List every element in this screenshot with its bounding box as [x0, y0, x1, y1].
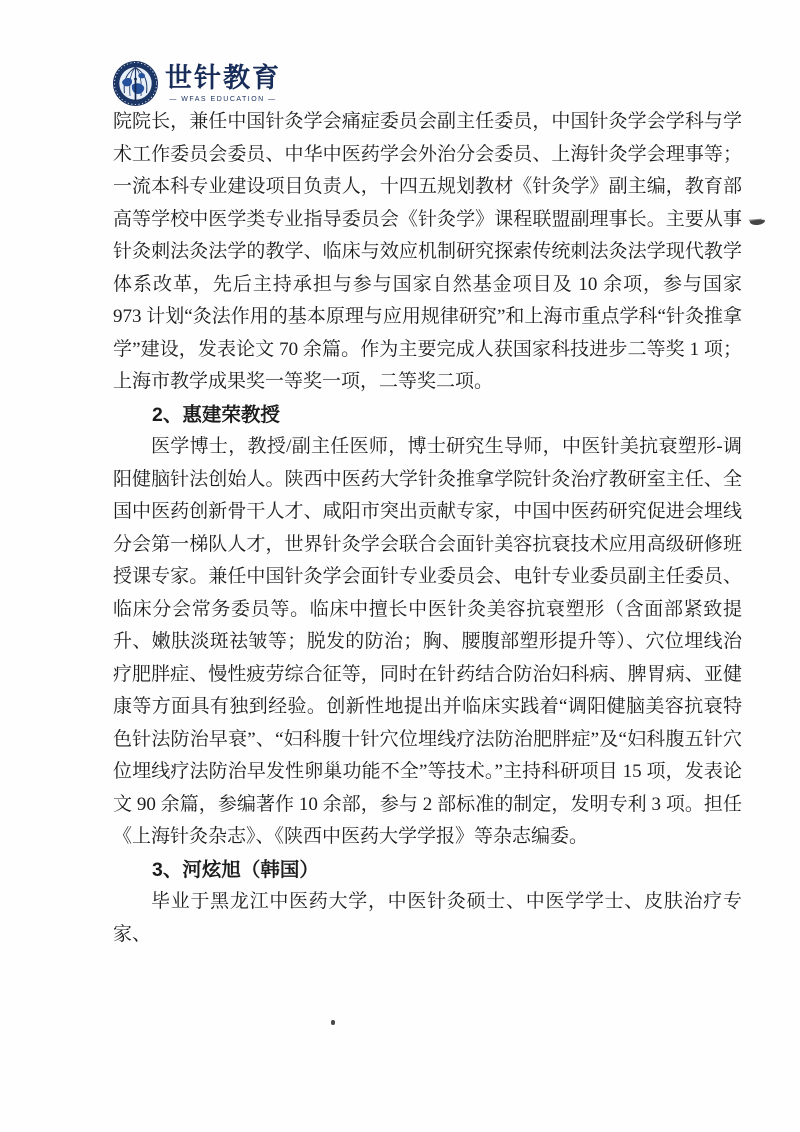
scan-artifact-dash	[750, 219, 765, 225]
brand-text: 世针教育 — WFAS EDUCATION —	[165, 65, 281, 104]
scan-artifact-speck	[331, 1020, 335, 1025]
section-heading-3: 3、河炫旭（韩国）	[113, 854, 742, 887]
paragraph-continuation: 院院长，兼任中国针灸学会痛症委员会副主任委员，中国针灸学会学科与学术工作委员会委…	[113, 106, 742, 399]
paragraph-he-xuanxu: 毕业于黑龙江中医药大学，中医针灸硕士、中医学学士、皮肤治疗专家、	[113, 886, 742, 951]
section-heading-2: 2、惠建荣教授	[113, 399, 742, 432]
scanned-page: 世针教育 — WFAS EDUCATION — 院院长，兼任中国针灸学会痛症委员…	[0, 0, 800, 1132]
brand-name-cn: 世针教育	[165, 65, 281, 92]
globe-icon	[112, 60, 159, 107]
brand-name-en: — WFAS EDUCATION —	[169, 95, 276, 104]
paragraph-hui-jianrong: 医学博士，教授/副主任医师，博士研究生导师，中医针美抗衰塑形-调阳健脑针法创始人…	[113, 431, 742, 854]
brand-logo: 世针教育 — WFAS EDUCATION —	[112, 60, 281, 107]
document-body: 院院长，兼任中国针灸学会痛症委员会副主任委员，中国针灸学会学科与学术工作委员会委…	[113, 106, 742, 951]
